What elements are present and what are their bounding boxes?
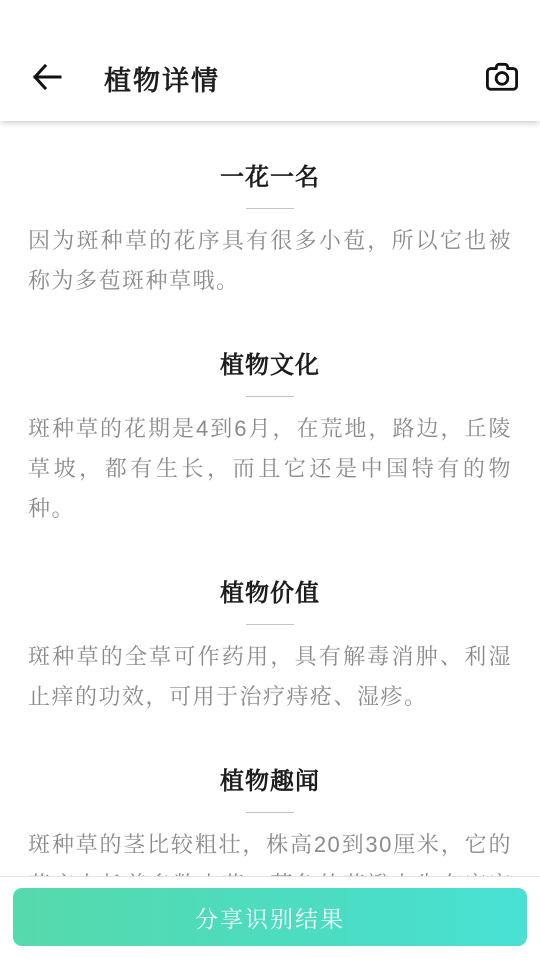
section-plant-value: 植物价值 斑种草的全草可作药用，具有解毒消肿、利湿止痒的功效，可用于治疗痔疮、湿… [28,573,512,717]
heading-divider [246,812,294,813]
arrow-left-icon [32,64,62,93]
plant-detail-screen: 植物详情 一花一名 因为斑种草的花序具有很多小苞，所以它也被称为多苞斑种草哦。 … [0,0,540,960]
header-bar: 植物详情 [0,0,540,121]
section-heading: 一花一名 [28,157,512,192]
share-result-button[interactable]: 分享识别结果 [13,888,527,946]
section-heading: 植物文化 [28,345,512,380]
camera-icon [486,62,518,95]
section-body-text: 因为斑种草的花序具有很多小苞，所以它也被称为多苞斑种草哦。 [28,221,512,301]
section-plant-culture: 植物文化 斑种草的花期是4到6月，在荒地，路边，丘陵草坡，都有生长，而且它还是中… [28,345,512,529]
back-button[interactable] [30,62,64,96]
heading-divider [246,396,294,397]
section-body-text: 斑种草的茎比较粗壮，株高20到30厘米，它的花序上长着多数小苞，蓝色的花瓣上生有… [28,825,512,876]
heading-divider [246,208,294,209]
section-body-text: 斑种草的花期是4到6月，在荒地，路边，丘陵草坡，都有生长，而且它还是中国特有的物… [28,409,512,529]
section-heading: 植物趣闻 [28,761,512,796]
heading-divider [246,624,294,625]
content-scroll-area[interactable]: 一花一名 因为斑种草的花序具有很多小苞，所以它也被称为多苞斑种草哦。 植物文化 … [0,121,540,876]
camera-button[interactable] [485,63,519,95]
section-plant-trivia: 植物趣闻 斑种草的茎比较粗壮，株高20到30厘米，它的花序上长着多数小苞，蓝色的… [28,761,512,876]
section-body-text: 斑种草的全草可作药用，具有解毒消肿、利湿止痒的功效，可用于治疗痔疮、湿疹。 [28,637,512,717]
section-flower-name: 一花一名 因为斑种草的花序具有很多小苞，所以它也被称为多苞斑种草哦。 [28,157,512,301]
page-title: 植物详情 [104,59,220,98]
section-heading: 植物价值 [28,573,512,608]
footer-bar: 分享识别结果 [0,876,540,960]
